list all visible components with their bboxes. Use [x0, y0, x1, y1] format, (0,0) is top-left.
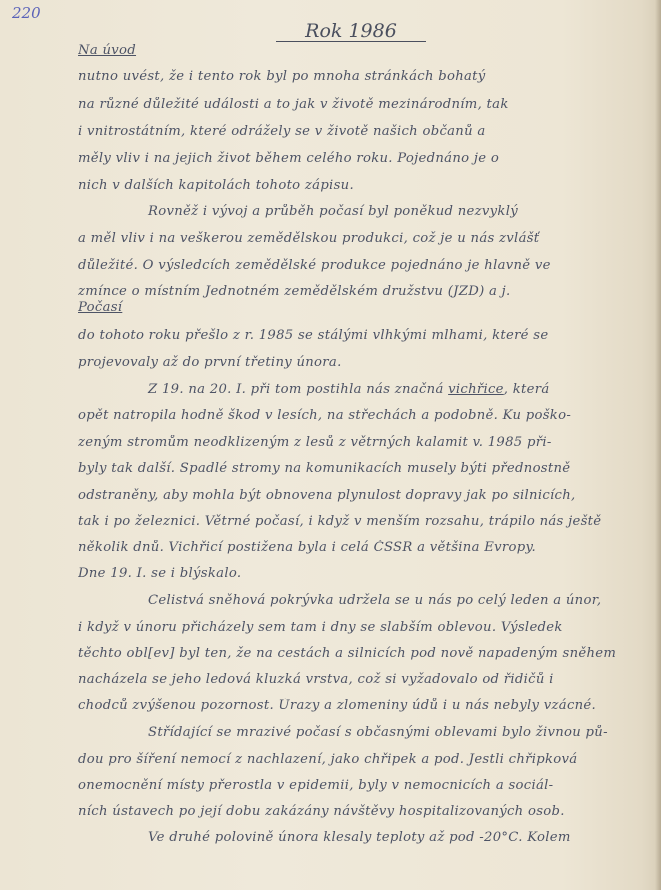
text-line: důležité. O výsledcích zemědělské produk…	[78, 258, 647, 273]
text-line: ních ústavech po její dobu zakázány návš…	[78, 804, 647, 819]
text-line: několik dnů. Vichřicí postižena byla i c…	[78, 540, 647, 555]
section-heading-intro: Na úvod	[78, 43, 647, 58]
text-line: zmínce o místním Jednotném zemědělském d…	[78, 284, 647, 299]
text-line: a měl vliv i na veškerou zemědělskou pro…	[78, 231, 647, 246]
text-line: dou pro šíření nemocí z nachlazení, jako…	[78, 752, 647, 767]
text-line: opět natropila hodně škod v lesích, na s…	[78, 408, 647, 423]
text-line: nutno uvést, že i tento rok byl po mnoha…	[78, 69, 647, 84]
text-line: nich v dalších kapitolách tohoto zápisu.	[78, 178, 647, 193]
text-line: Z 19. na 20. I. při tom postihla nás zna…	[78, 382, 647, 397]
text-line: odstraněny, aby mohla být obnovena plynu…	[78, 488, 647, 503]
text-line: zeným stromům neodklizeným z lesů z větr…	[78, 435, 647, 450]
text-line: byly tak další. Spadlé stromy na komunik…	[78, 461, 647, 476]
section-heading-weather: Počasí	[78, 300, 647, 315]
text-line: na různé důležité události a to jak v ži…	[78, 97, 647, 112]
text-line: měly vliv i na jejich život během celého…	[78, 151, 647, 166]
page-number: 220	[12, 4, 41, 22]
text-line: projevovaly až do první třetiny února.	[78, 355, 647, 370]
text-line: Ve druhé polovině února klesaly teploty …	[78, 830, 647, 845]
scanned-page: 220 Rok 1986 Na úvod nutno uvést, že i t…	[0, 0, 661, 890]
text-line: Rovněž i vývoj a průběh počasí byl poněk…	[78, 204, 647, 219]
text-line: těchto obl[ev] byl ten, že na cestách a …	[78, 646, 647, 661]
text-line: tak i po železnici. Větrné počasí, i kdy…	[78, 514, 647, 529]
text-line: Dne 19. I. se i blýskalo.	[78, 566, 647, 581]
text-line: i vnitrostátním, které odrážely se v živ…	[78, 124, 647, 139]
page-edge-shadow	[655, 0, 661, 890]
underlined-word: vichřice	[448, 382, 504, 397]
text-line: Střídající se mrazivé počasí s občasnými…	[78, 725, 647, 740]
text-line: do tohoto roku přešlo z r. 1985 se stálý…	[78, 328, 647, 343]
text-line: onemocnění místy přerostla v epidemii, b…	[78, 778, 647, 793]
text-line: nacházela se jeho ledová kluzká vrstva, …	[78, 672, 647, 687]
page-title: Rok 1986	[278, 20, 424, 42]
text-line: chodců zvýšenou pozornost. Úrazy a zlome…	[78, 698, 647, 713]
text-line: i když v únoru přicházely sem tam i dny …	[78, 620, 647, 635]
text-line: Celistvá sněhová pokrývka udržela se u n…	[78, 593, 647, 608]
title-underline	[276, 41, 426, 42]
